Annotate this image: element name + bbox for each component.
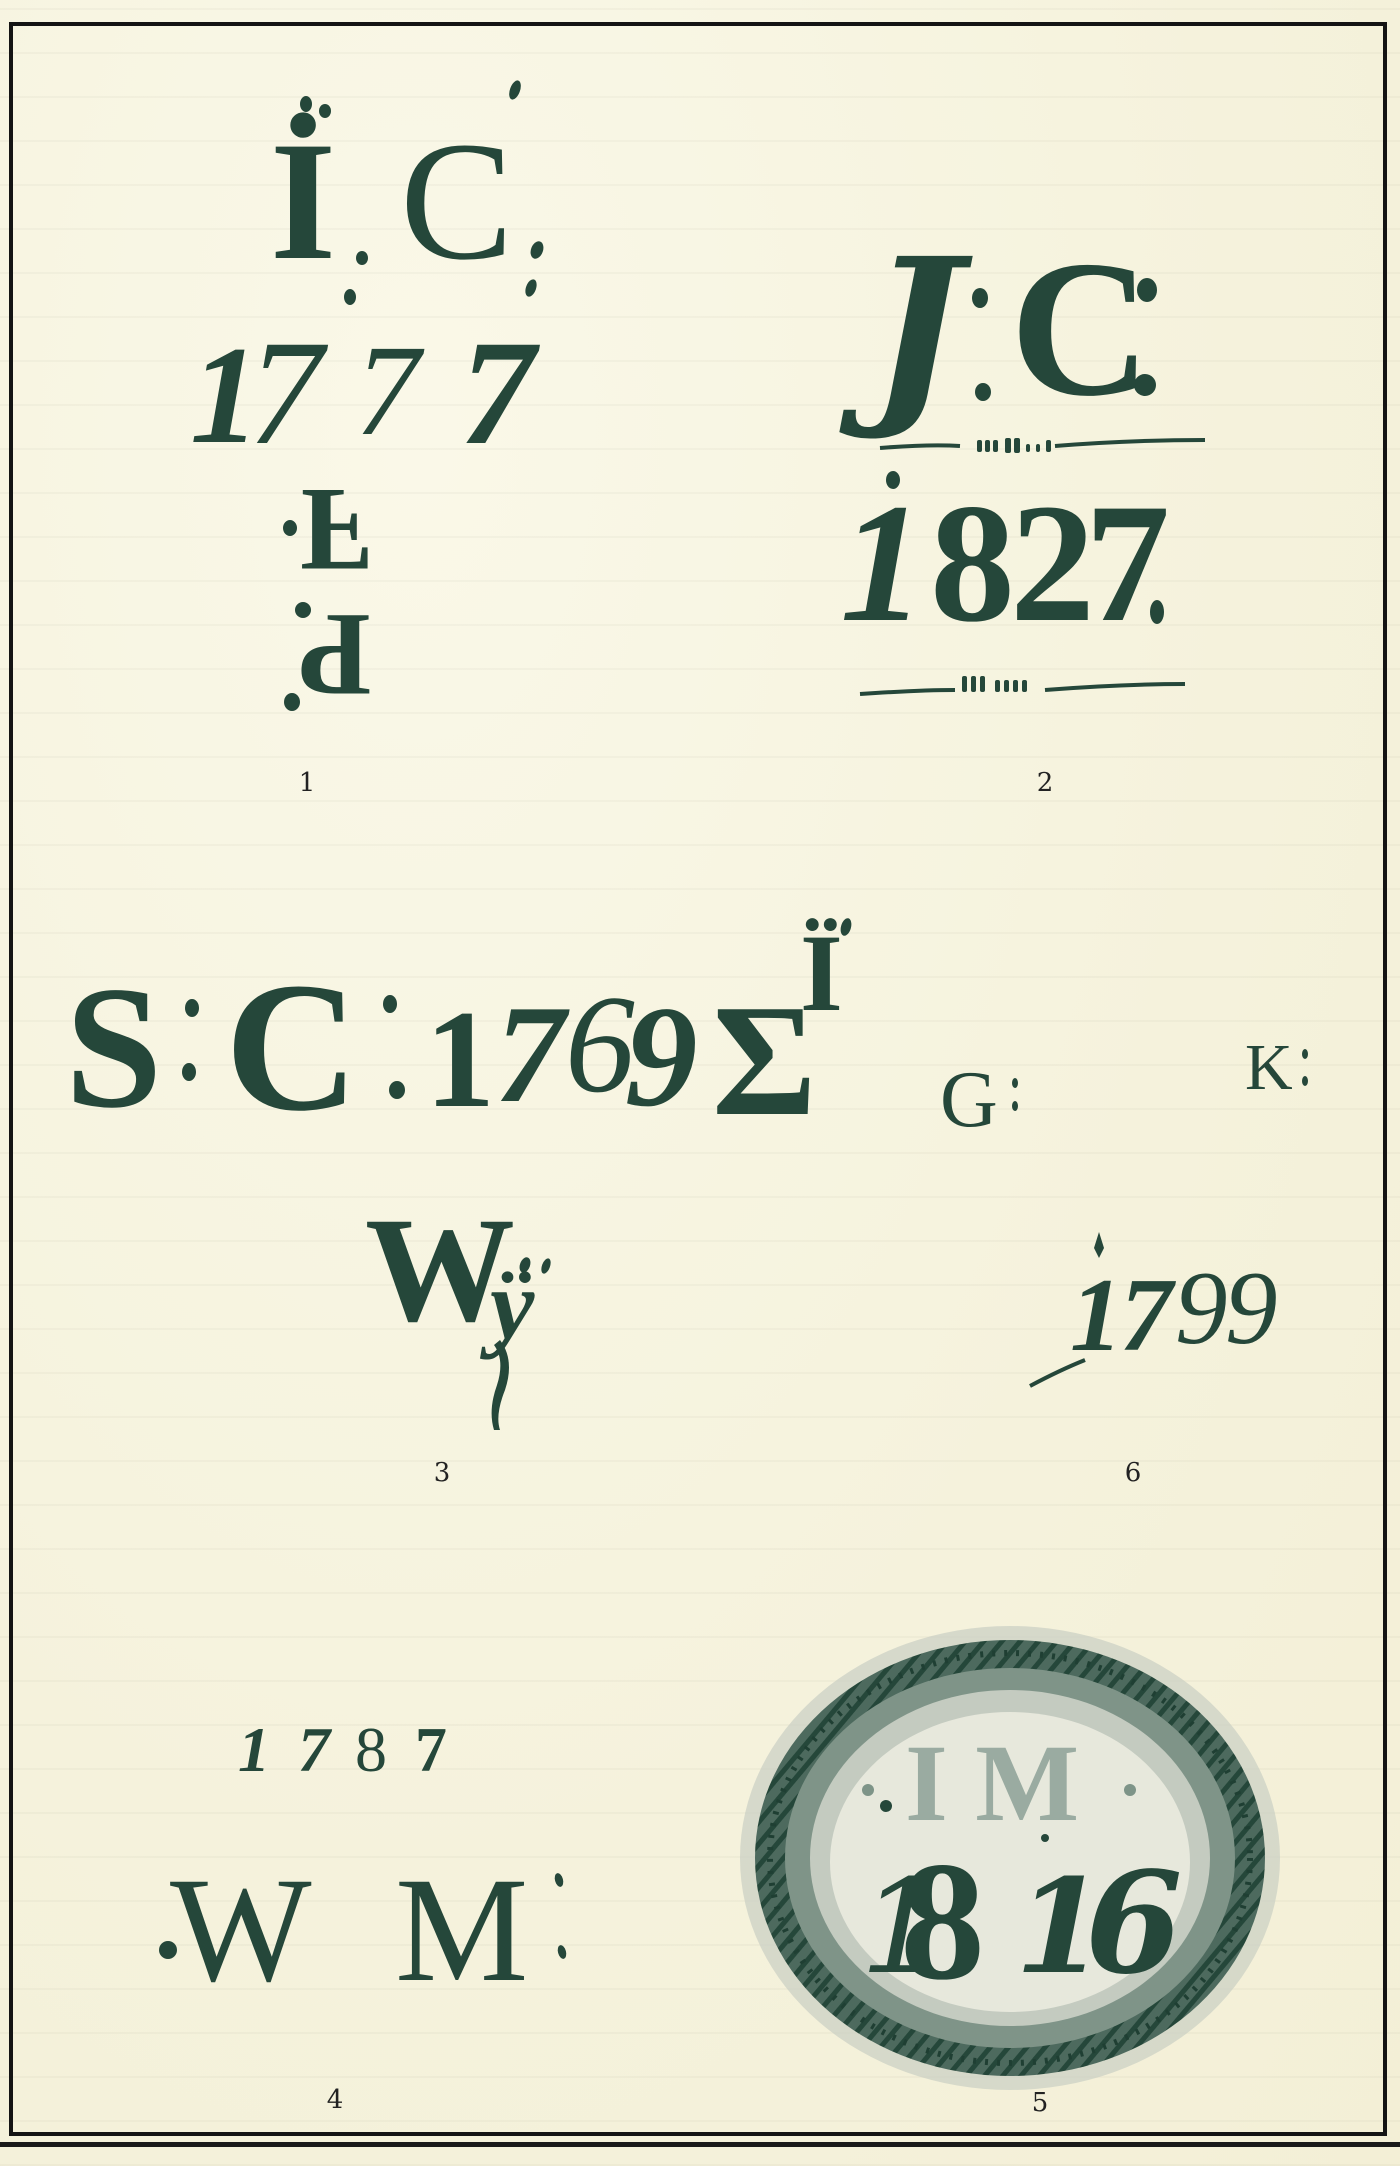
figure-label-5: 5 (1032, 2088, 1049, 2118)
seal-year-8: 8 (900, 1827, 985, 2015)
seal-year-6: 6 (1085, 1842, 1182, 2006)
seal-wreath: I M 1 8 1 6 (0, 0, 1400, 2166)
seal-faded-initials: I M (905, 1722, 1079, 1844)
